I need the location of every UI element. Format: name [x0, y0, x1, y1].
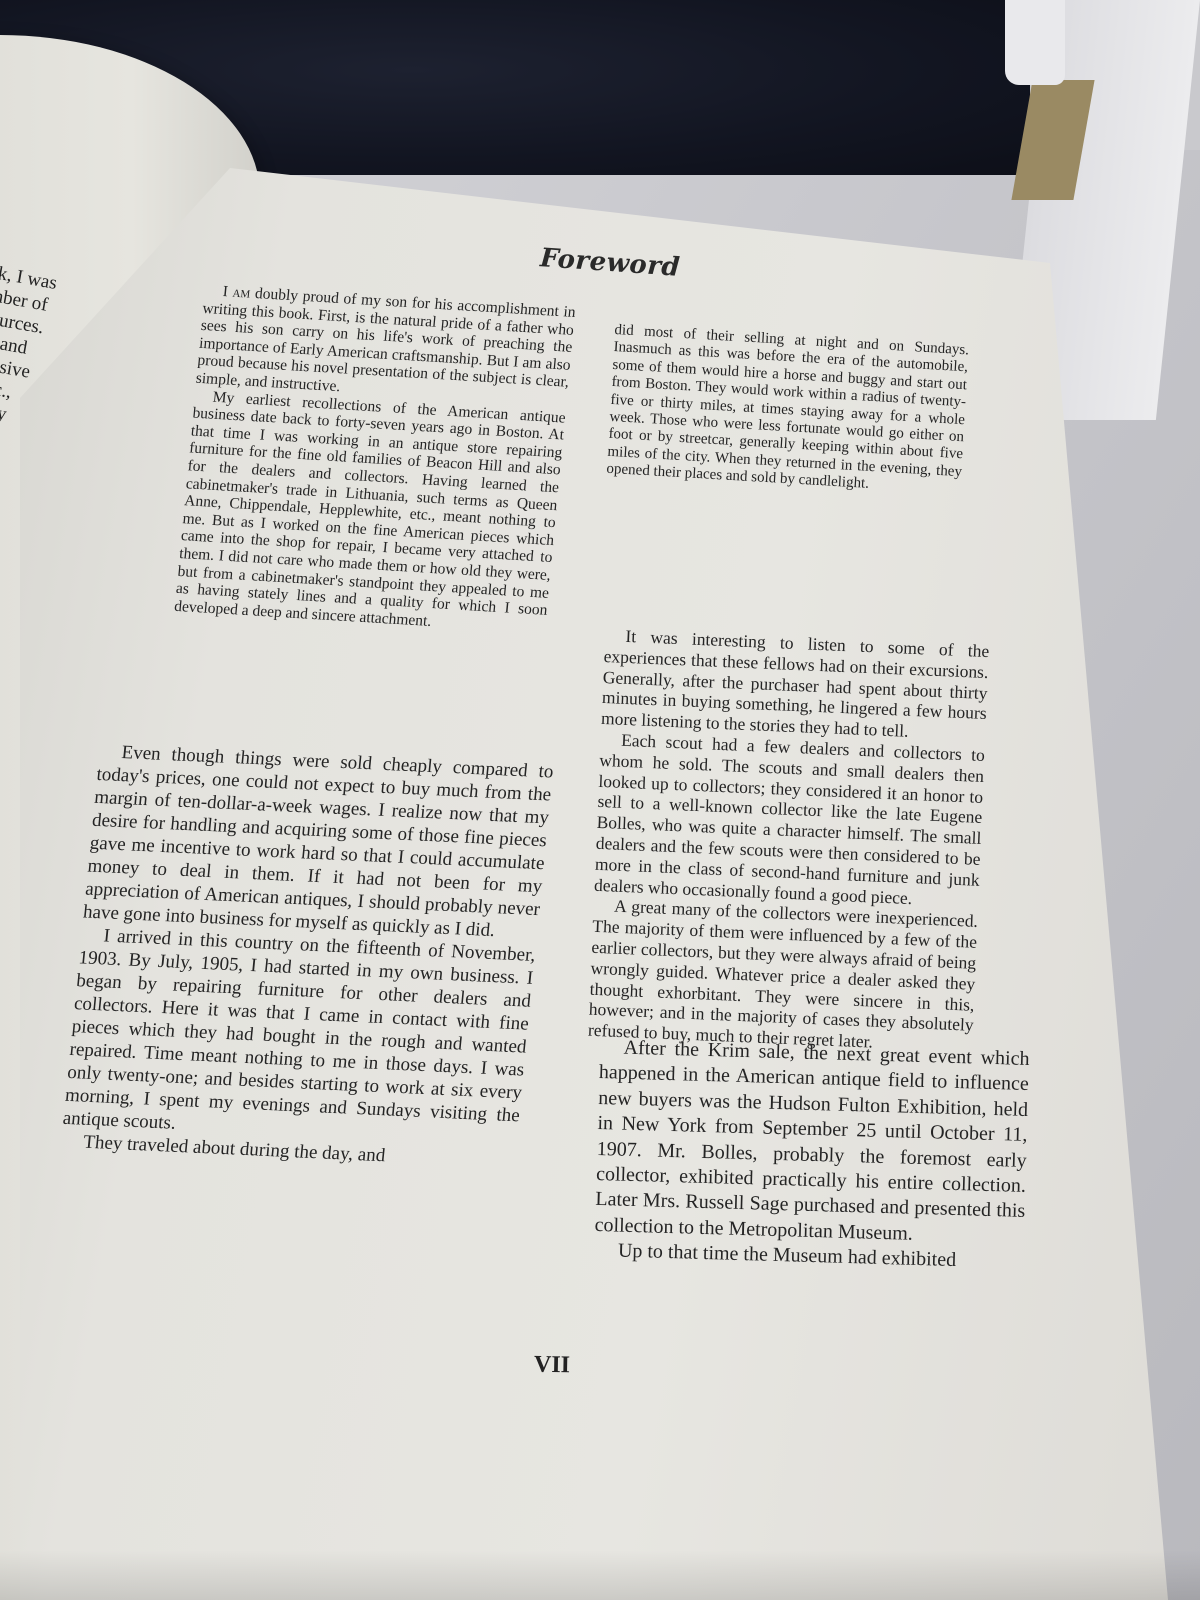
right-column-upper: did most of their selling at night and o… — [606, 322, 969, 499]
paragraph: Each scout had a few dealers and collect… — [594, 729, 986, 911]
paragraph-text: doubly proud of my son for his accomplis… — [195, 285, 576, 395]
paragraph: did most of their selling at night and o… — [606, 322, 969, 499]
left-column-lower: Even though things were sold cheaply com… — [60, 740, 555, 1173]
right-column-middle: It was interesting to listen to some of … — [588, 625, 990, 1057]
paragraph: Even though things were sold cheaply com… — [82, 740, 555, 944]
right-column-lower: After the Krim sale, the next great even… — [594, 1035, 1030, 1276]
paragraph: A great many of the collectors were inex… — [588, 895, 979, 1057]
paragraph: It was interesting to listen to some of … — [601, 625, 990, 745]
bottom-shadow — [0, 1550, 1200, 1600]
left-column-upper: I am doubly proud of my son for his acco… — [174, 282, 577, 637]
paragraph: After the Krim sale, the next great even… — [594, 1035, 1030, 1250]
paragraph: I arrived in this country on the fifteen… — [62, 923, 537, 1150]
paragraph-lead: I am — [222, 283, 251, 302]
white-packing-material — [1005, 0, 1065, 85]
paragraph: My earliest recollections of the America… — [174, 387, 567, 637]
page-number: VII — [534, 1352, 570, 1380]
